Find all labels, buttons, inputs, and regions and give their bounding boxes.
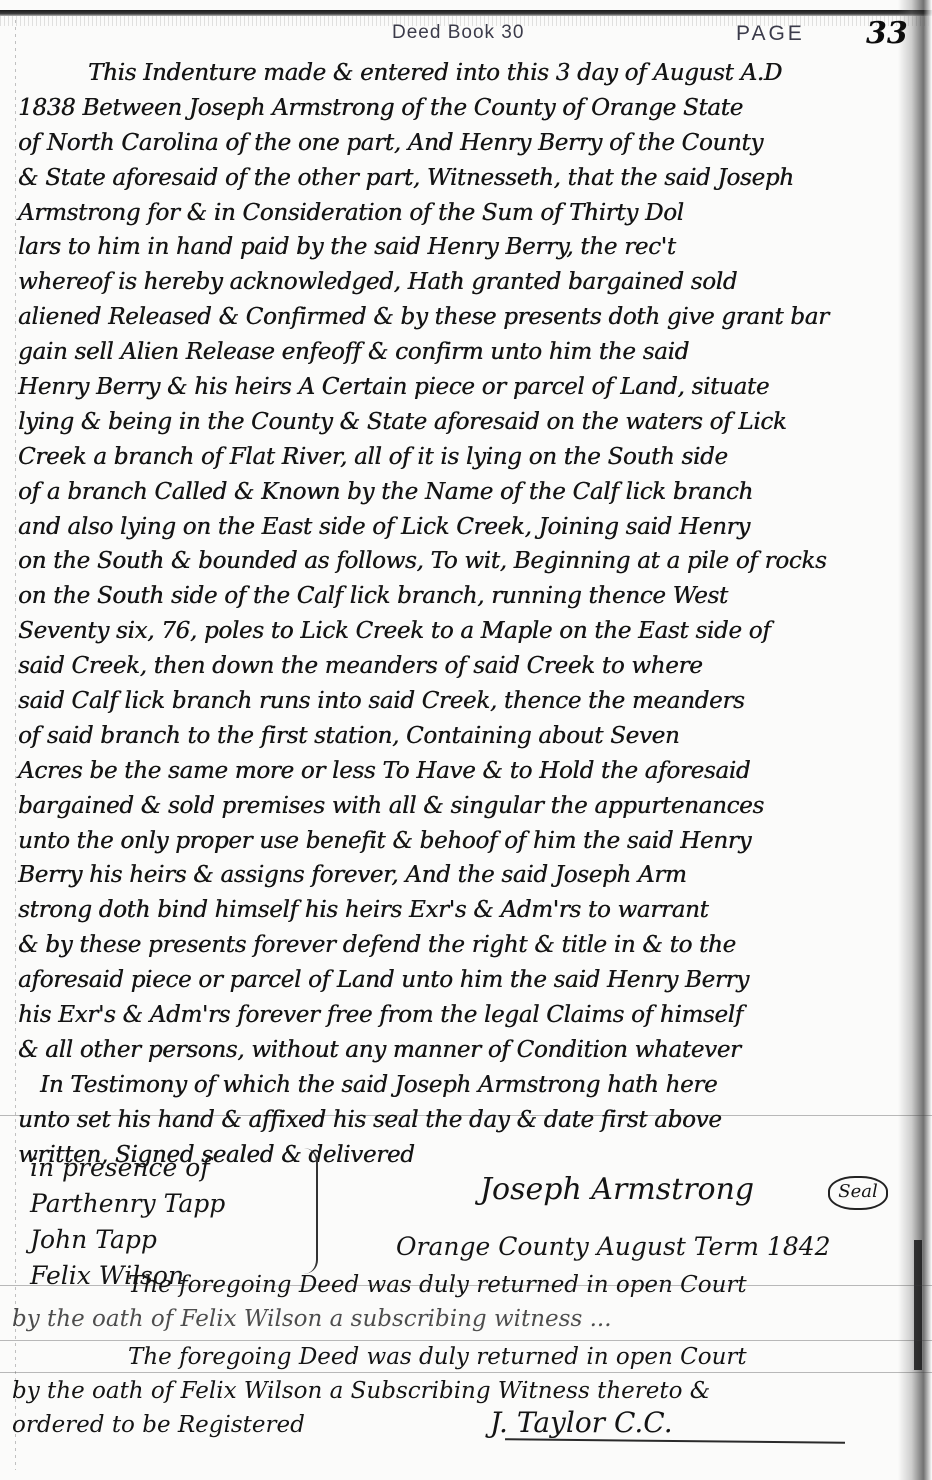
deed-line: of said branch to the first station, Con… (18, 719, 908, 754)
probate-line: by the oath of Felix Wilson a Subscribin… (0, 1374, 932, 1408)
deed-line: unto the only proper use benefit & behoo… (18, 824, 908, 859)
deed-body: This Indenture made & entered into this … (18, 56, 908, 1173)
probate-entry-first: The foregoing Deed was duly returned in … (0, 1268, 932, 1336)
probate-line: by the oath of Felix Wilson a subscribin… (0, 1302, 932, 1336)
deed-book-label: Deed Book 30 (392, 22, 524, 44)
deed-line: of North Carolina of the one part, And H… (18, 126, 908, 161)
witness-brace (300, 1148, 318, 1274)
deed-line: gain sell Alien Release enfeoff & confir… (18, 335, 908, 370)
deed-line: 1838 Between Joseph Armstrong of the Cou… (18, 91, 908, 126)
deed-line: on the South side of the Calf lick branc… (18, 579, 908, 614)
deed-line: Seventy six, 76, poles to Lick Creek to … (18, 614, 908, 649)
deed-line: and also lying on the East side of Lick … (18, 510, 908, 545)
deed-line: aliened Released & Confirmed & by these … (18, 300, 908, 335)
deed-line: whereof is hereby acknowledged, Hath gra… (18, 265, 908, 300)
clerk-signature: J. Taylor C.C. (490, 1406, 673, 1439)
deed-line: & all other persons, without any manner … (18, 1033, 908, 1068)
probate-line: The foregoing Deed was duly returned in … (0, 1340, 932, 1374)
deed-line: Acres be the same more or less To Have &… (18, 754, 908, 789)
deed-line: aforesaid piece or parcel of Land unto h… (18, 963, 908, 998)
witness-name: Parthenry Tapp (30, 1186, 225, 1222)
deed-line: This Indenture made & entered into this … (18, 56, 908, 91)
probate-line: ordered to be Registered (0, 1408, 932, 1442)
deed-line: & State aforesaid of the other part, Wit… (18, 161, 908, 196)
deed-line: In Testimony of which the said Joseph Ar… (18, 1068, 908, 1103)
grantor-signature: Joseph Armstrong (480, 1172, 754, 1207)
probate-line: The foregoing Deed was duly returned in … (0, 1268, 932, 1302)
deed-line: strong doth bind himself his heirs Exr's… (18, 893, 908, 928)
deed-line: of a branch Called & Known by the Name o… (18, 475, 908, 510)
deed-line: Armstrong for & in Consideration of the … (18, 196, 908, 231)
page-number: 33 (866, 16, 908, 51)
deed-line: lars to him in hand paid by the said Hen… (18, 230, 908, 265)
deed-line: on the South & bounded as follows, To wi… (18, 544, 908, 579)
deed-line: lying & being in the County & State afor… (18, 405, 908, 440)
deed-line: bargained & sold premises with all & sin… (18, 789, 908, 824)
witness-intro: in presence of (30, 1150, 225, 1186)
deed-line: said Creek, then down the meanders of sa… (18, 649, 908, 684)
deed-line: unto set his hand & affixed his seal the… (18, 1103, 908, 1138)
scan-left-margin-line (15, 20, 16, 1470)
seal-mark: Seal (828, 1176, 888, 1210)
witness-name: John Tapp (30, 1222, 225, 1258)
deed-line: Berry his heirs & assigns forever, And t… (18, 858, 908, 893)
probate-entry-second: The foregoing Deed was duly returned in … (0, 1340, 932, 1442)
deed-line: Henry Berry & his heirs A Certain piece … (18, 370, 908, 405)
scanned-deed-page: Deed Book 30 PAGE 33 This Indenture made… (0, 0, 932, 1480)
deed-line: & by these presents forever defend the r… (18, 928, 908, 963)
deed-line: his Exr's & Adm'rs forever free from the… (18, 998, 908, 1033)
court-term-heading: Orange County August Term 1842 (396, 1232, 831, 1261)
deed-line: said Calf lick branch runs into said Cre… (18, 684, 908, 719)
deed-line: Creek a branch of Flat River, all of it … (18, 440, 908, 475)
page-label: PAGE (736, 22, 805, 46)
